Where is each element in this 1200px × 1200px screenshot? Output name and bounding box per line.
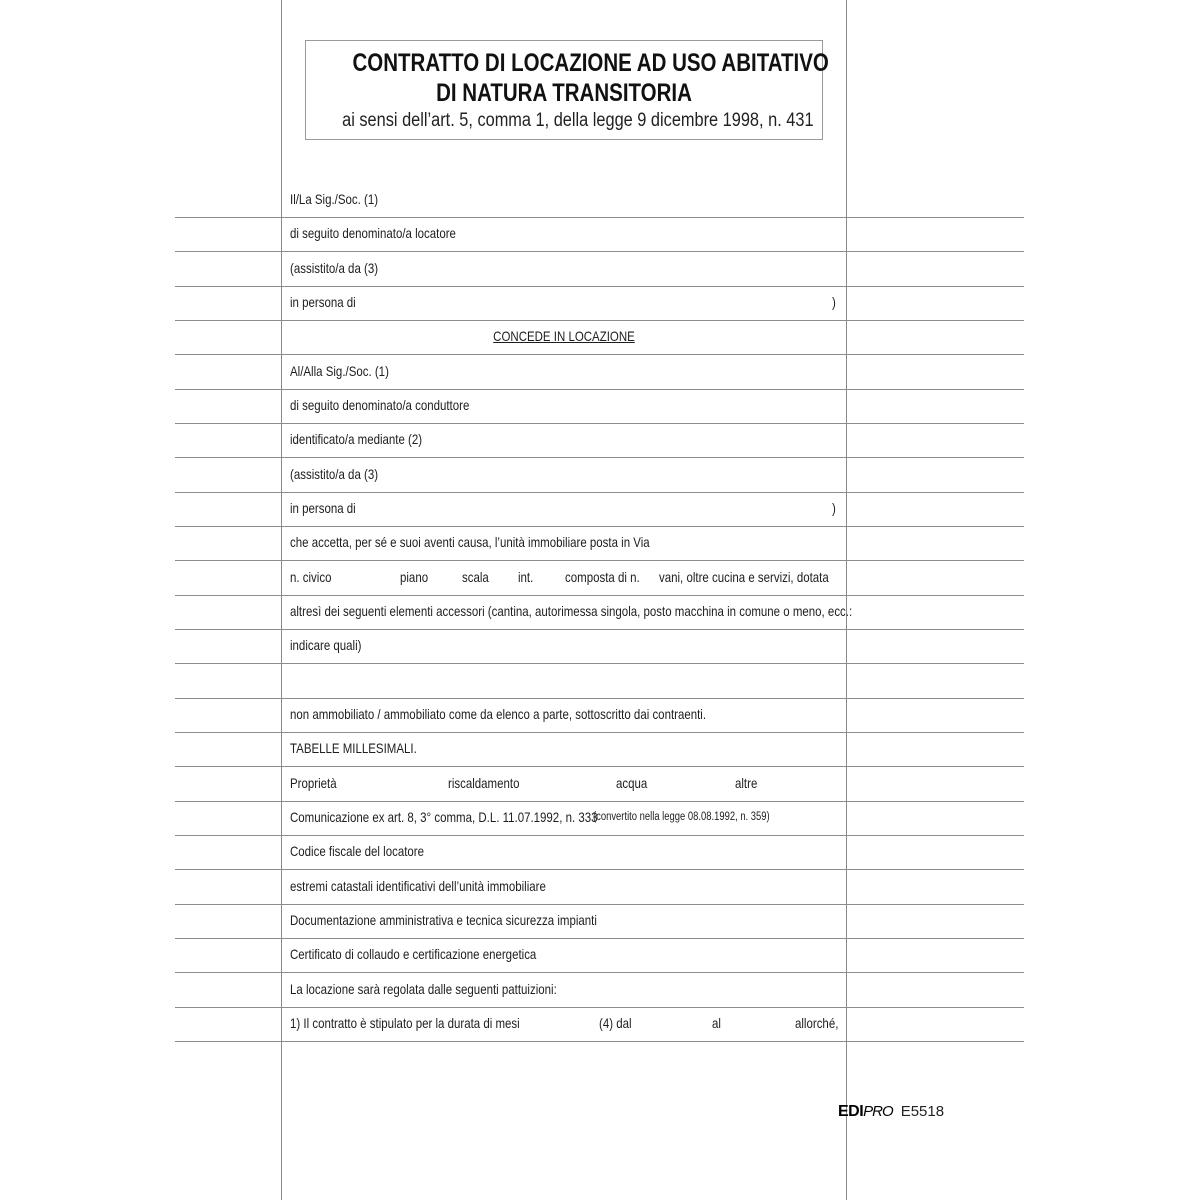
form-line[interactable] bbox=[175, 251, 1024, 252]
field-label: di seguito denominato/a conduttore bbox=[290, 397, 469, 413]
field-label: Certificato di collaudo e certificazione… bbox=[290, 946, 536, 962]
section-heading: CONCEDE IN LOCAZIONE bbox=[333, 328, 795, 344]
form-line[interactable] bbox=[175, 560, 1024, 561]
field-label: in persona di bbox=[290, 294, 356, 310]
form-line[interactable] bbox=[175, 526, 1024, 527]
form-line[interactable] bbox=[175, 663, 1024, 664]
form-line[interactable] bbox=[175, 457, 1024, 458]
field-label: scala bbox=[462, 569, 489, 585]
field-label: Documentazione amministrativa e tecnica … bbox=[290, 912, 597, 928]
field-label: acqua bbox=[616, 775, 647, 791]
document-title-line-2: DI NATURA TRANSITORIA bbox=[352, 79, 775, 108]
title-box: CONTRATTO DI LOCAZIONE AD USO ABITATIVO … bbox=[305, 40, 823, 140]
field-label: composta di n. bbox=[565, 569, 640, 585]
form-line[interactable] bbox=[175, 595, 1024, 596]
form-code: E5518 bbox=[901, 1103, 944, 1120]
field-label: riscaldamento bbox=[448, 775, 519, 791]
field-label: (assistito/a da (3) bbox=[290, 466, 378, 482]
form-line[interactable] bbox=[175, 217, 1024, 218]
field-label: altre bbox=[735, 775, 757, 791]
right-margin-line bbox=[846, 0, 847, 1200]
form-line[interactable] bbox=[175, 320, 1024, 321]
field-label: n. civico bbox=[290, 569, 331, 585]
form-line[interactable] bbox=[175, 629, 1024, 630]
field-label: altresì dei seguenti elementi accessori … bbox=[290, 603, 852, 619]
field-label: Comunicazione ex art. 8, 3° comma, D.L. … bbox=[290, 809, 598, 825]
field-label: Al/Alla Sig./Soc. (1) bbox=[290, 363, 389, 379]
closing-parenthesis: ) bbox=[832, 294, 836, 310]
form-line[interactable] bbox=[175, 1041, 1024, 1042]
form-line[interactable] bbox=[175, 835, 1024, 836]
field-label: 1) Il contratto è stipulato per la durat… bbox=[290, 1015, 520, 1031]
brand-logo-edi: EDI bbox=[838, 1103, 863, 1120]
document-subtitle: ai sensi dell’art. 5, comma 1, della leg… bbox=[342, 110, 786, 132]
field-label: piano bbox=[400, 569, 428, 585]
document-title-line-1: CONTRATTO DI LOCAZIONE AD USO ABITATIVO bbox=[352, 49, 775, 78]
form-line[interactable] bbox=[175, 972, 1024, 973]
form-line[interactable] bbox=[175, 869, 1024, 870]
form-line[interactable] bbox=[175, 938, 1024, 939]
field-note: (convertito nella legge 08.08.1992, n. 3… bbox=[593, 811, 770, 823]
form-line[interactable] bbox=[175, 423, 1024, 424]
form-line[interactable] bbox=[175, 904, 1024, 905]
field-label: La locazione sarà regolata dalle seguent… bbox=[290, 981, 557, 997]
field-label: allorché, bbox=[795, 1015, 838, 1031]
field-label: (assistito/a da (3) bbox=[290, 260, 378, 276]
field-label: (4) dal bbox=[599, 1015, 632, 1031]
field-label: estremi catastali identificativi dell’un… bbox=[290, 878, 546, 894]
form-line[interactable] bbox=[175, 286, 1024, 287]
form-line[interactable] bbox=[175, 801, 1024, 802]
publisher-brand: EDIPROE5518 bbox=[838, 1103, 944, 1121]
brand-logo-pro: PRO bbox=[863, 1103, 893, 1120]
closing-parenthesis: ) bbox=[832, 500, 836, 516]
field-label: che accetta, per sé e suoi aventi causa,… bbox=[290, 534, 650, 550]
form-line[interactable] bbox=[175, 732, 1024, 733]
field-label: in persona di bbox=[290, 500, 356, 516]
field-label: Codice fiscale del locatore bbox=[290, 843, 424, 859]
form-line[interactable] bbox=[175, 766, 1024, 767]
field-label: identificato/a mediante (2) bbox=[290, 431, 422, 447]
field-label: Il/La Sig./Soc. (1) bbox=[290, 191, 378, 207]
field-label: indicare quali) bbox=[290, 637, 361, 653]
form-line[interactable] bbox=[175, 389, 1024, 390]
form-line[interactable] bbox=[175, 698, 1024, 699]
field-label: vani, oltre cucina e servizi, dotata bbox=[659, 569, 829, 585]
field-label: non ammobiliato / ammobiliato come da el… bbox=[290, 706, 706, 722]
form-line[interactable] bbox=[175, 492, 1024, 493]
left-margin-line bbox=[281, 0, 282, 1200]
field-label: Proprietà bbox=[290, 775, 337, 791]
field-label: al bbox=[712, 1015, 721, 1031]
form-line[interactable] bbox=[175, 354, 1024, 355]
field-label: di seguito denominato/a locatore bbox=[290, 225, 456, 241]
field-label: TABELLE MILLESIMALI. bbox=[290, 740, 417, 756]
field-label: int. bbox=[518, 569, 533, 585]
form-line[interactable] bbox=[175, 1007, 1024, 1008]
